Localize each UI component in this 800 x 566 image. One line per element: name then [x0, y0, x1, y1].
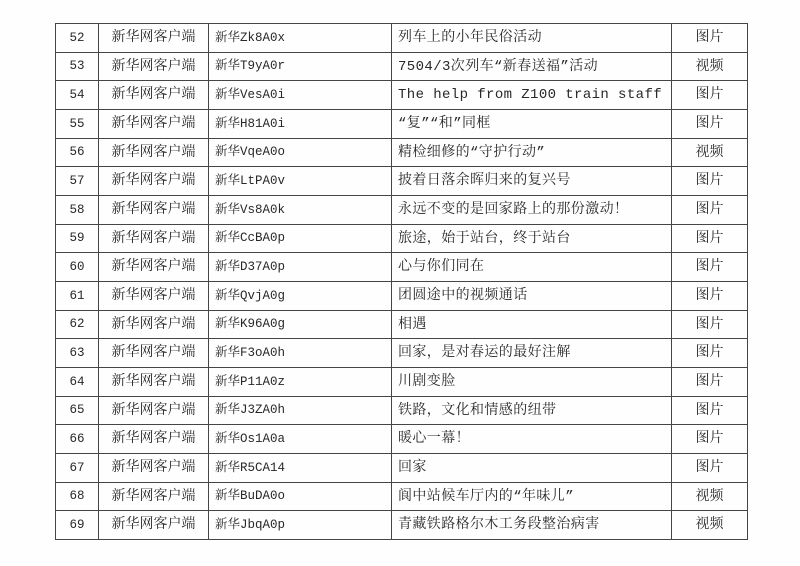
cell-code: 新华K96A0g	[208, 311, 391, 339]
cell-code: 新华J3ZA0h	[208, 397, 391, 425]
cell-row-number: 61	[56, 282, 98, 310]
cell-row-number: 63	[56, 339, 98, 367]
cell-media-type: 图片	[671, 110, 747, 138]
cell-title: 暖心一幕！	[391, 425, 671, 453]
cell-row-number: 66	[56, 425, 98, 453]
table-row: 61 新华网客户端 新华QvjA0g 团圆途中的视频通话 图片	[56, 281, 747, 310]
cell-code: 新华BuDA0o	[208, 483, 391, 511]
table-row: 69 新华网客户端 新华JbqA0p 青藏铁路格尔木工务段整治病害 视频	[56, 510, 747, 539]
table-row: 66 新华网客户端 新华Os1A0a 暖心一幕！ 图片	[56, 424, 747, 453]
cell-title: 永远不变的是回家路上的那份激动！	[391, 196, 671, 224]
cell-platform: 新华网客户端	[98, 225, 208, 253]
cell-media-type: 图片	[671, 196, 747, 224]
table-row: 54 新华网客户端 新华VesA0i The help from Z100 tr…	[56, 80, 747, 109]
cell-media-type: 视频	[671, 53, 747, 81]
cell-platform: 新华网客户端	[98, 167, 208, 195]
cell-code: 新华H81A0i	[208, 110, 391, 138]
cell-media-type: 图片	[671, 253, 747, 281]
table-row: 65 新华网客户端 新华J3ZA0h 铁路，文化和情感的纽带 图片	[56, 396, 747, 425]
cell-row-number: 68	[56, 483, 98, 511]
table-row: 52 新华网客户端 新华Zk8A0x 列车上的小年民俗活动 图片	[56, 24, 747, 52]
cell-title: 阆中站候车厅内的“年味儿”	[391, 483, 671, 511]
cell-media-type: 图片	[671, 425, 747, 453]
cell-media-type: 图片	[671, 339, 747, 367]
cell-media-type: 图片	[671, 225, 747, 253]
cell-title: 回家，是对春运的最好注解	[391, 339, 671, 367]
cell-title: 团圆途中的视频通话	[391, 282, 671, 310]
cell-media-type: 图片	[671, 167, 747, 195]
cell-title: 列车上的小年民俗活动	[391, 24, 671, 52]
cell-media-type: 视频	[671, 483, 747, 511]
cell-media-type: 图片	[671, 24, 747, 52]
cell-title: 相遇	[391, 311, 671, 339]
cell-code: 新华P11A0z	[208, 368, 391, 396]
cell-title: The help from Z100 train staff	[391, 81, 671, 109]
cell-title: 铁路，文化和情感的纽带	[391, 397, 671, 425]
cell-platform: 新华网客户端	[98, 196, 208, 224]
cell-platform: 新华网客户端	[98, 110, 208, 138]
cell-platform: 新华网客户端	[98, 483, 208, 511]
cell-code: 新华Vs8A0k	[208, 196, 391, 224]
table-row: 60 新华网客户端 新华D37A0p 心与你们同在 图片	[56, 252, 747, 281]
cell-row-number: 69	[56, 511, 98, 539]
cell-media-type: 视频	[671, 511, 747, 539]
cell-platform: 新华网客户端	[98, 425, 208, 453]
cell-row-number: 55	[56, 110, 98, 138]
cell-row-number: 56	[56, 139, 98, 167]
cell-code: 新华JbqA0p	[208, 511, 391, 539]
table-row: 67 新华网客户端 新华R5CA14 回家 图片	[56, 453, 747, 482]
cell-row-number: 65	[56, 397, 98, 425]
cell-code: 新华T9yA0r	[208, 53, 391, 81]
cell-media-type: 图片	[671, 311, 747, 339]
table-row: 64 新华网客户端 新华P11A0z 川剧变脸 图片	[56, 367, 747, 396]
cell-platform: 新华网客户端	[98, 24, 208, 52]
cell-code: 新华F3oA0h	[208, 339, 391, 367]
cell-row-number: 62	[56, 311, 98, 339]
cell-title: 回家	[391, 454, 671, 482]
table-row: 58 新华网客户端 新华Vs8A0k 永远不变的是回家路上的那份激动！ 图片	[56, 195, 747, 224]
document-page: 52 新华网客户端 新华Zk8A0x 列车上的小年民俗活动 图片 53 新华网客…	[0, 0, 800, 566]
cell-row-number: 53	[56, 53, 98, 81]
cell-code: 新华VesA0i	[208, 81, 391, 109]
table-row: 53 新华网客户端 新华T9yA0r 7504/3次列车“新春送福”活动 视频	[56, 52, 747, 81]
cell-row-number: 58	[56, 196, 98, 224]
cell-code: 新华QvjA0g	[208, 282, 391, 310]
cell-row-number: 64	[56, 368, 98, 396]
cell-row-number: 57	[56, 167, 98, 195]
cell-title: 精检细修的“守护行动”	[391, 139, 671, 167]
cell-title: 川剧变脸	[391, 368, 671, 396]
cell-row-number: 59	[56, 225, 98, 253]
cell-platform: 新华网客户端	[98, 397, 208, 425]
table-row: 62 新华网客户端 新华K96A0g 相遇 图片	[56, 310, 747, 339]
table-row: 57 新华网客户端 新华LtPA0v 披着日落余晖归来的复兴号 图片	[56, 166, 747, 195]
cell-media-type: 图片	[671, 368, 747, 396]
cell-row-number: 52	[56, 24, 98, 52]
cell-title: 旅途，始于站台，终于站台	[391, 225, 671, 253]
cell-code: 新华LtPA0v	[208, 167, 391, 195]
cell-row-number: 67	[56, 454, 98, 482]
cell-media-type: 图片	[671, 81, 747, 109]
table-row: 59 新华网客户端 新华CcBA0p 旅途，始于站台，终于站台 图片	[56, 224, 747, 253]
cell-code: 新华CcBA0p	[208, 225, 391, 253]
cell-platform: 新华网客户端	[98, 81, 208, 109]
cell-media-type: 图片	[671, 282, 747, 310]
cell-media-type: 图片	[671, 397, 747, 425]
cell-row-number: 54	[56, 81, 98, 109]
table-row: 55 新华网客户端 新华H81A0i “复”“和”同框 图片	[56, 109, 747, 138]
cell-title: “复”“和”同框	[391, 110, 671, 138]
cell-platform: 新华网客户端	[98, 282, 208, 310]
cell-platform: 新华网客户端	[98, 339, 208, 367]
cell-code: 新华R5CA14	[208, 454, 391, 482]
table-row: 68 新华网客户端 新华BuDA0o 阆中站候车厅内的“年味儿” 视频	[56, 482, 747, 511]
cell-title: 披着日落余晖归来的复兴号	[391, 167, 671, 195]
table-row: 63 新华网客户端 新华F3oA0h 回家，是对春运的最好注解 图片	[56, 338, 747, 367]
cell-platform: 新华网客户端	[98, 311, 208, 339]
cell-title: 7504/3次列车“新春送福”活动	[391, 53, 671, 81]
cell-title: 心与你们同在	[391, 253, 671, 281]
cell-platform: 新华网客户端	[98, 253, 208, 281]
cell-platform: 新华网客户端	[98, 454, 208, 482]
cell-platform: 新华网客户端	[98, 511, 208, 539]
cell-code: 新华Os1A0a	[208, 425, 391, 453]
cell-media-type: 图片	[671, 454, 747, 482]
cell-code: 新华D37A0p	[208, 253, 391, 281]
cell-title: 青藏铁路格尔木工务段整治病害	[391, 511, 671, 539]
table-row: 56 新华网客户端 新华VqeA0o 精检细修的“守护行动” 视频	[56, 138, 747, 167]
cell-code: 新华Zk8A0x	[208, 24, 391, 52]
cell-row-number: 60	[56, 253, 98, 281]
cell-code: 新华VqeA0o	[208, 139, 391, 167]
cell-platform: 新华网客户端	[98, 139, 208, 167]
cell-media-type: 视频	[671, 139, 747, 167]
content-table: 52 新华网客户端 新华Zk8A0x 列车上的小年民俗活动 图片 53 新华网客…	[55, 23, 748, 540]
cell-platform: 新华网客户端	[98, 368, 208, 396]
cell-platform: 新华网客户端	[98, 53, 208, 81]
